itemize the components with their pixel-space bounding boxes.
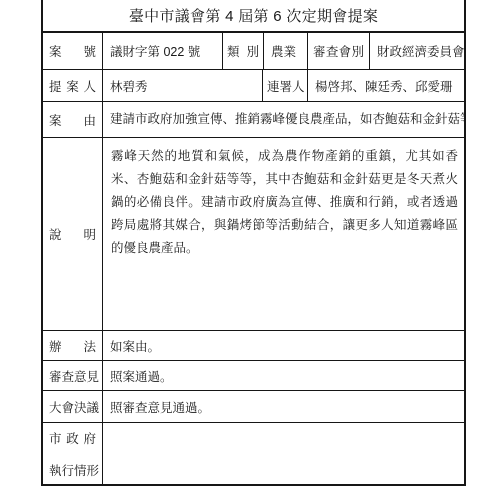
assembly-resolution-value: 照審查意見通過。 [103, 391, 464, 422]
description-value: 霧峰天然的地質和氣候，成為農作物產銷的重鎮，尤其如香米、杏鮑菇和金針菇等等，其中… [103, 138, 464, 330]
committee-label-cell: 審查會別 [308, 33, 370, 69]
review-opinion-label-cell: 審查意見 [43, 361, 103, 390]
description-row: 說明 霧峰天然的地質和氣候，成為農作物產銷的重鎮，尤其如香米、杏鮑菇和金針菇等等… [43, 138, 464, 331]
cosigners-label-cell: 連署人 [263, 70, 308, 101]
committee-label: 審查會別 [313, 42, 364, 60]
review-opinion-label: 審查意見 [49, 367, 96, 385]
proposer-row: 提案人 林碧秀 連署人 楊啓邦、陳廷秀、邱愛珊 [43, 70, 464, 102]
case-number-row: 案號 議財字第 022 號 類別 農業 審查會別 財政經濟委員會 [43, 33, 464, 70]
case-number-value: 議財字第 022 號 [103, 33, 223, 69]
method-value: 如案由。 [103, 331, 464, 360]
proposer-label: 提案人 [49, 77, 96, 95]
subject-label-cell: 案由 [43, 102, 103, 137]
method-label-cell: 辦法 [43, 331, 103, 360]
cosigners-label: 連署人 [267, 77, 303, 95]
category-label-cell: 類別 [223, 33, 264, 69]
case-number-label: 案號 [49, 42, 96, 60]
cosigners-value: 楊啓邦、陳廷秀、邱愛珊 [308, 70, 464, 101]
review-opinion-value: 照案通過。 [103, 361, 464, 390]
description-label: 說明 [49, 225, 96, 243]
proposal-table: 臺中市議會第 4 屆第 6 次定期會提案 案號 議財字第 022 號 類別 農業… [41, 0, 466, 486]
description-label-cell: 說明 [43, 138, 103, 330]
city-gov-execution-label-cell: 市政府 執行情形 [43, 423, 103, 484]
title-row: 臺中市議會第 4 屆第 6 次定期會提案 [43, 0, 464, 33]
assembly-resolution-row: 大會決議 照審查意見通過。 [43, 391, 464, 423]
review-opinion-row: 審查意見 照案通過。 [43, 361, 464, 391]
assembly-resolution-label-cell: 大會決議 [43, 391, 103, 422]
city-gov-execution-label-line1: 市政府 [49, 429, 96, 447]
proposer-label-cell: 提案人 [43, 70, 103, 101]
proposer-value: 林碧秀 [103, 70, 263, 101]
subject-value: 建請市政府加強宣傳、推銷霧峰優良農產品，如杏鮑菇和金針菇等案。 [103, 102, 464, 137]
city-gov-execution-value [103, 423, 464, 484]
method-row: 辦法 如案由。 [43, 331, 464, 361]
committee-value: 財政經濟委員會 [370, 33, 464, 69]
assembly-resolution-label: 大會決議 [49, 398, 96, 416]
category-value: 農業 [264, 33, 308, 69]
page-title: 臺中市議會第 4 屆第 6 次定期會提案 [129, 5, 378, 26]
subject-label: 案由 [49, 111, 96, 129]
method-label: 辦法 [49, 337, 96, 355]
proposal-document-page: 臺中市議會第 4 屆第 6 次定期會提案 案號 議財字第 022 號 類別 農業… [0, 0, 500, 500]
subject-row: 案由 建請市政府加強宣傳、推銷霧峰優良農產品，如杏鮑菇和金針菇等案。 [43, 102, 464, 138]
case-number-label-cell: 案號 [43, 33, 103, 69]
city-gov-execution-row: 市政府 執行情形 [43, 423, 464, 484]
city-gov-execution-label-line2: 執行情形 [49, 461, 96, 479]
category-label: 類別 [227, 42, 259, 60]
